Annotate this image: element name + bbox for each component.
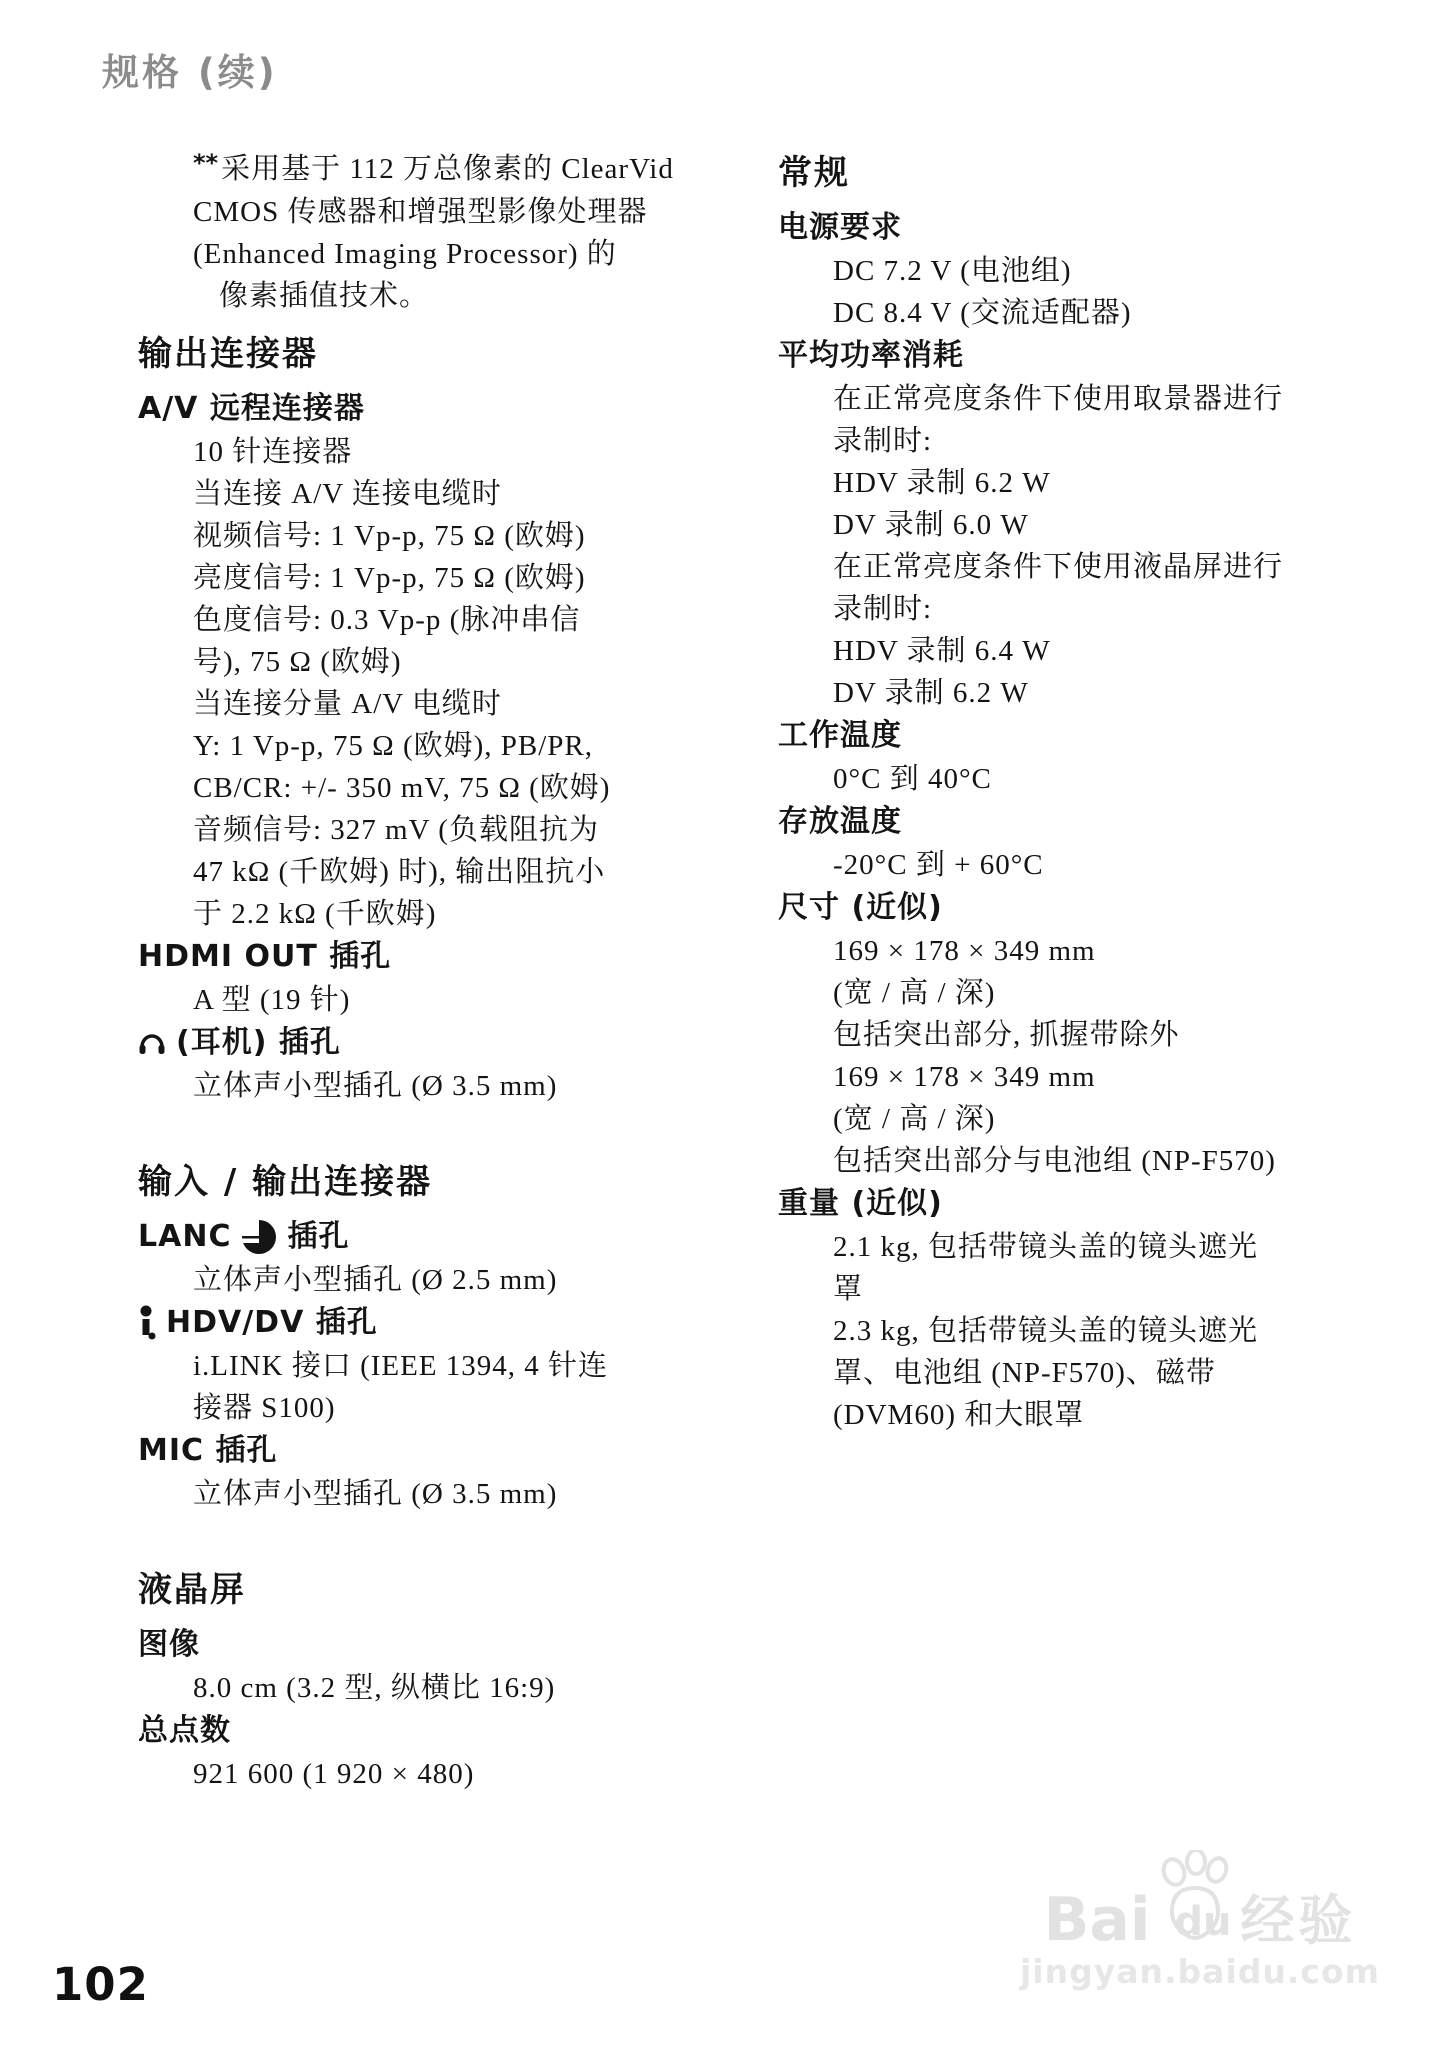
section-title: 输入 / 输出连接器 (138, 1159, 723, 1205)
left-sections: 输出连接器A/V 远程连接器10 针连接器当连接 A/V 连接电缆时视频信号: … (138, 331, 723, 1795)
entry-label: 存放温度 (778, 800, 1388, 844)
lanc-icon (241, 1219, 277, 1255)
entry-label-text: 重量 (近似) (778, 1182, 943, 1226)
spec-line: Y: 1 Vp-p, 75 Ω (欧姆), PB/PR, (193, 725, 723, 767)
spec-line: 亮度信号: 1 Vp-p, 75 Ω (欧姆) (193, 557, 723, 599)
footnote: **采用基于 112 万总像素的 ClearVid CMOS 传感器和增强型影像… (193, 148, 723, 317)
spec-line: 号), 75 Ω (欧姆) (193, 641, 723, 683)
entry-label-text: (耳机) 插孔 (176, 1021, 341, 1065)
entry-label: A/V 远程连接器 (138, 387, 723, 431)
entry-label-text: 总点数 (138, 1709, 231, 1753)
spec-line: 47 kΩ (千欧姆) 时), 输出阻抗小 (193, 851, 723, 893)
spec-line: 10 针连接器 (193, 431, 723, 473)
spec-line: 立体声小型插孔 (Ø 3.5 mm) (193, 1065, 723, 1107)
spec-line: 2.1 kg, 包括带镜头盖的镜头遮光 (833, 1226, 1388, 1268)
spec-line: 169 × 178 × 349 mm (833, 1056, 1388, 1098)
entry-label: 平均功率消耗 (778, 334, 1388, 378)
spec-line: 2.3 kg, 包括带镜头盖的镜头遮光 (833, 1310, 1388, 1352)
entry-label-text: 电源要求 (778, 206, 902, 250)
baidu-jingyan-watermark: Bai du 经验 jingyan.baidu.com (1020, 1850, 1380, 1994)
right-column: 常规电源要求DC 7.2 V (电池组)DC 8.4 V (交流适配器)平均功率… (778, 148, 1388, 1436)
spec-line: 8.0 cm (3.2 型, 纵横比 16:9) (193, 1667, 723, 1709)
entry-label-text: 存放温度 (778, 800, 902, 844)
section-title: 常规 (778, 150, 1388, 196)
entry-label: HDMI OUT 插孔 (138, 935, 723, 979)
section-title: 液晶屏 (138, 1567, 723, 1613)
footnote-line: 像素插值技术。 (193, 275, 723, 317)
entry-label: (耳机) 插孔 (138, 1021, 723, 1065)
footnote-line: (Enhanced Imaging Processor) 的 (193, 233, 723, 275)
entry-label-text: A/V 远程连接器 (138, 387, 365, 431)
footnote-marker: ** (193, 149, 218, 177)
section-title: 输出连接器 (138, 331, 723, 377)
spec-line: DV 录制 6.0 W (833, 504, 1388, 546)
spec-line: (宽 / 高 / 深) (833, 1098, 1388, 1140)
spec-line: 0°C 到 40°C (833, 758, 1388, 800)
spec-line: 录制时: (833, 588, 1388, 630)
spec-line: 921 600 (1 920 × 480) (193, 1753, 723, 1795)
spec-line: 罩、电池组 (NP-F570)、磁带 (833, 1352, 1388, 1394)
baidu-paw-icon: du (1152, 1850, 1238, 1950)
watermark-jingyan-text: 经验 (1240, 1892, 1356, 1950)
spec-section: 液晶屏图像8.0 cm (3.2 型, 纵横比 16:9)总点数921 600 … (138, 1567, 723, 1795)
left-column: **采用基于 112 万总像素的 ClearVid CMOS 传感器和增强型影像… (138, 148, 723, 1795)
entry-label-text: 尺寸 (近似) (778, 886, 943, 930)
entry-label-text: LANC (138, 1215, 231, 1259)
spec-line: 当连接 A/V 连接电缆时 (193, 473, 723, 515)
page-title: 规格 (续) (102, 42, 278, 96)
spec-line: 于 2.2 kΩ (千欧姆) (193, 893, 723, 935)
entry-label-text: 插孔 (287, 1215, 349, 1259)
watermark-bai-text: Bai (1044, 1890, 1151, 1950)
right-sections: 常规电源要求DC 7.2 V (电池组)DC 8.4 V (交流适配器)平均功率… (778, 150, 1388, 1436)
entry-label-text: HDMI OUT 插孔 (138, 935, 391, 979)
entry-label: 重量 (近似) (778, 1182, 1388, 1226)
entry-label: 电源要求 (778, 206, 1388, 250)
spec-line: 立体声小型插孔 (Ø 2.5 mm) (193, 1259, 723, 1301)
spec-line: 视频信号: 1 Vp-p, 75 Ω (欧姆) (193, 515, 723, 557)
footnote-line: **采用基于 112 万总像素的 ClearVid (193, 148, 723, 191)
entry-label-text: 工作温度 (778, 714, 902, 758)
spec-line: 立体声小型插孔 (Ø 3.5 mm) (193, 1473, 723, 1515)
watermark-logo-row: Bai du 经验 (1020, 1850, 1380, 1950)
spec-line: 在正常亮度条件下使用取景器进行 (833, 378, 1388, 420)
spec-line: 在正常亮度条件下使用液晶屏进行 (833, 546, 1388, 588)
spec-line: A 型 (19 针) (193, 979, 723, 1021)
spec-line: (宽 / 高 / 深) (833, 972, 1388, 1014)
footnote-line: CMOS 传感器和增强型影像处理器 (193, 191, 723, 233)
spec-line: DV 录制 6.2 W (833, 672, 1388, 714)
spec-line: 色度信号: 0.3 Vp-p (脉冲串信 (193, 599, 723, 641)
spec-line: 音频信号: 327 mV (负载阻抗为 (193, 809, 723, 851)
spec-section: 常规电源要求DC 7.2 V (电池组)DC 8.4 V (交流适配器)平均功率… (778, 150, 1388, 1436)
spec-line: (DVM60) 和大眼罩 (833, 1394, 1388, 1436)
spec-line: DC 7.2 V (电池组) (833, 250, 1388, 292)
entry-label: HDV/DV 插孔 (138, 1301, 723, 1345)
watermark-url: jingyan.baidu.com (1020, 1950, 1380, 1994)
spec-line: 接器 S100) (193, 1387, 723, 1429)
ilink-icon (138, 1305, 156, 1341)
spec-line: HDV 录制 6.2 W (833, 462, 1388, 504)
spec-line: 169 × 178 × 349 mm (833, 930, 1388, 972)
entry-label: 尺寸 (近似) (778, 886, 1388, 930)
entry-label: MIC 插孔 (138, 1429, 723, 1473)
page-number: 102 (52, 1958, 149, 2011)
watermark-du-text: du (1174, 1902, 1231, 1942)
entry-label: 工作温度 (778, 714, 1388, 758)
entry-label-text: HDV/DV 插孔 (166, 1301, 378, 1345)
spec-line: HDV 录制 6.4 W (833, 630, 1388, 672)
spec-line: 包括突出部分与电池组 (NP-F570) (833, 1140, 1388, 1182)
footnote-text: 采用基于 112 万总像素的 ClearVid (221, 153, 674, 185)
spec-section: 输出连接器A/V 远程连接器10 针连接器当连接 A/V 连接电缆时视频信号: … (138, 331, 723, 1107)
entry-label: 图像 (138, 1623, 723, 1667)
spec-line: CB/CR: +/- 350 mV, 75 Ω (欧姆) (193, 767, 723, 809)
entry-label-text: 平均功率消耗 (778, 334, 964, 378)
entry-label: LANC插孔 (138, 1215, 723, 1259)
spec-line: 录制时: (833, 420, 1388, 462)
entry-label: 总点数 (138, 1709, 723, 1753)
spec-line: 罩 (833, 1268, 1388, 1310)
spec-line: 当连接分量 A/V 电缆时 (193, 683, 723, 725)
manual-page: 规格 (续) **采用基于 112 万总像素的 ClearVid CMOS 传感… (0, 0, 1452, 2064)
spec-section: 输入 / 输出连接器LANC插孔立体声小型插孔 (Ø 2.5 mm)HDV/DV… (138, 1159, 723, 1515)
entry-label-text: MIC 插孔 (138, 1429, 277, 1473)
headphones-icon (138, 1030, 166, 1056)
spec-line: -20°C 到 + 60°C (833, 844, 1388, 886)
spec-line: DC 8.4 V (交流适配器) (833, 292, 1388, 334)
spec-line: i.LINK 接口 (IEEE 1394, 4 针连 (193, 1345, 723, 1387)
spec-line: 包括突出部分, 抓握带除外 (833, 1014, 1388, 1056)
entry-label-text: 图像 (138, 1623, 200, 1667)
